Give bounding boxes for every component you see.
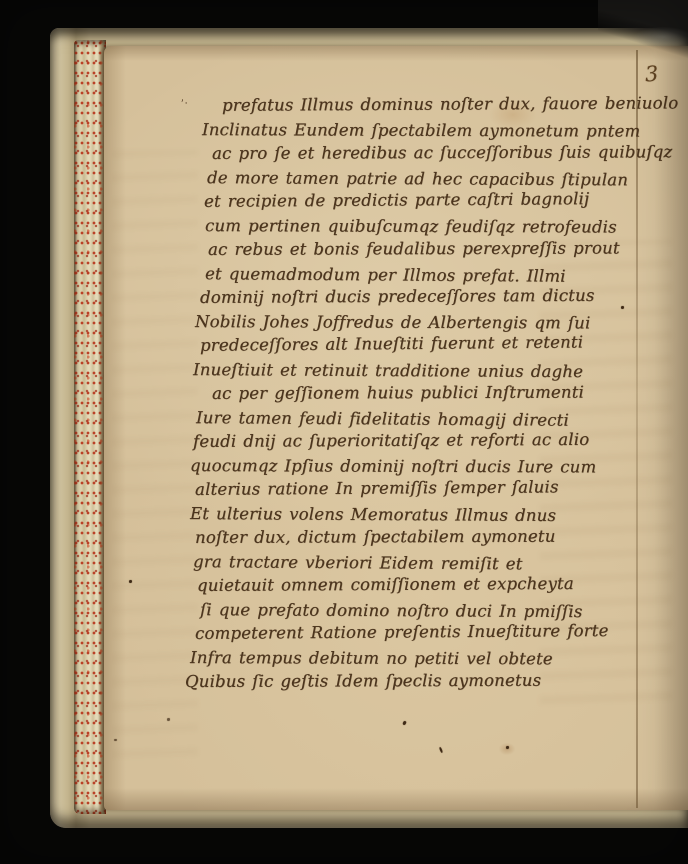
- text-line: competerent Ratione preſentis Inueſtitur…: [180, 619, 650, 646]
- text-line: ac pro ſe et heredibus ac ſucceſſoribus …: [180, 140, 650, 166]
- text-line: quietauit omnem comiſſionem et expcheyta: [180, 572, 650, 598]
- red-speckled-page-edges: [74, 40, 106, 814]
- text-line: predeceſſores alt Inueſtiti fuerunt et r…: [180, 330, 650, 358]
- text-line: feudi dnij ac ſuperioritatiſqz et refort…: [180, 428, 650, 454]
- text-line: prefatus Illmus dominus noſter dux, fauo…: [180, 92, 650, 118]
- text-line: et recipien de predictis parte caſtri ba…: [180, 187, 650, 214]
- text-line: ac per geſſionem huius publici Inſtrumen…: [180, 380, 650, 406]
- text-line: dominij noſtri ducis predeceſſores tam d…: [180, 284, 650, 310]
- manuscript-text: prefatus Illmus dominus noſter dux, fauo…: [180, 94, 650, 694]
- folio-number: 3: [644, 62, 659, 87]
- text-line: Quibus ſic geſtis Idem ſpeclis aymonetus: [180, 668, 650, 694]
- text-line: ac rebus et bonis feudalibus perexpreſſi…: [180, 236, 650, 262]
- text-line: noſter dux, dictum ſpectabilem aymonetu: [180, 524, 650, 550]
- manuscript-photo: 3 ’· prefatus Illmus dominus noſter dux,…: [0, 0, 688, 864]
- binding-shadow: [598, 0, 688, 64]
- text-line: alterius ratione In premiſſis ſemper ſal…: [180, 475, 650, 502]
